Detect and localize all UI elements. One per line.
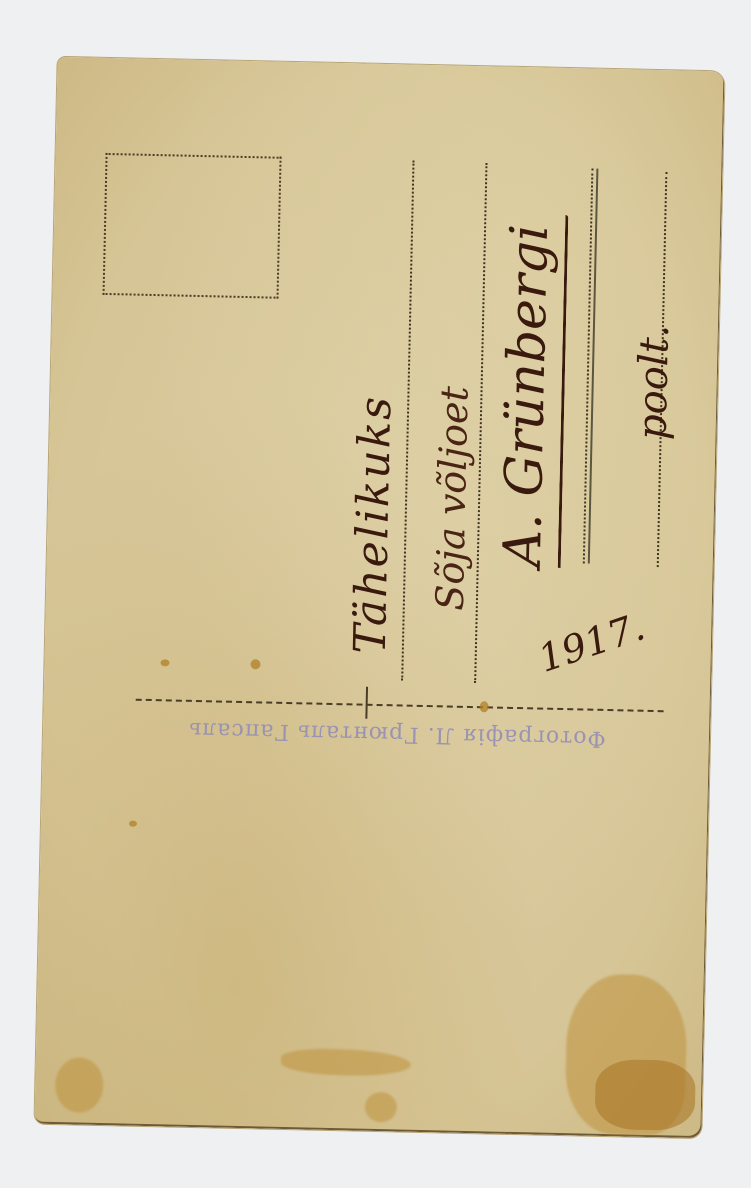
stain-spot (250, 659, 260, 669)
handwriting-line-2: Sõja võljoet (428, 386, 477, 611)
address-line-2 (474, 163, 487, 683)
stain-blot (365, 1092, 398, 1123)
postcard-back: Фотографія Л. Грюнталь Гапсаль Tähelikuk… (34, 57, 724, 1138)
handwriting-year: 1917. (533, 604, 650, 681)
stamp-placeholder-box (103, 153, 282, 299)
address-line-3 (583, 169, 594, 564)
stain-spot (480, 701, 489, 712)
stain-blot (594, 1059, 696, 1131)
stain-spot (129, 821, 137, 827)
stain-spot (160, 659, 169, 666)
studio-stamp: Фотографія Л. Грюнталь Гапсаль (147, 711, 648, 752)
divider-line (136, 699, 664, 713)
stain-blot (55, 1057, 104, 1113)
divider-tick (365, 687, 368, 719)
handwriting-line-4: poolt. (630, 324, 679, 440)
handwriting-line-1: Tähelikuks (345, 394, 402, 654)
handwriting-signature: A. Grünbergi (493, 224, 560, 568)
address-line-1 (401, 161, 414, 681)
stain-blot (281, 1048, 412, 1077)
